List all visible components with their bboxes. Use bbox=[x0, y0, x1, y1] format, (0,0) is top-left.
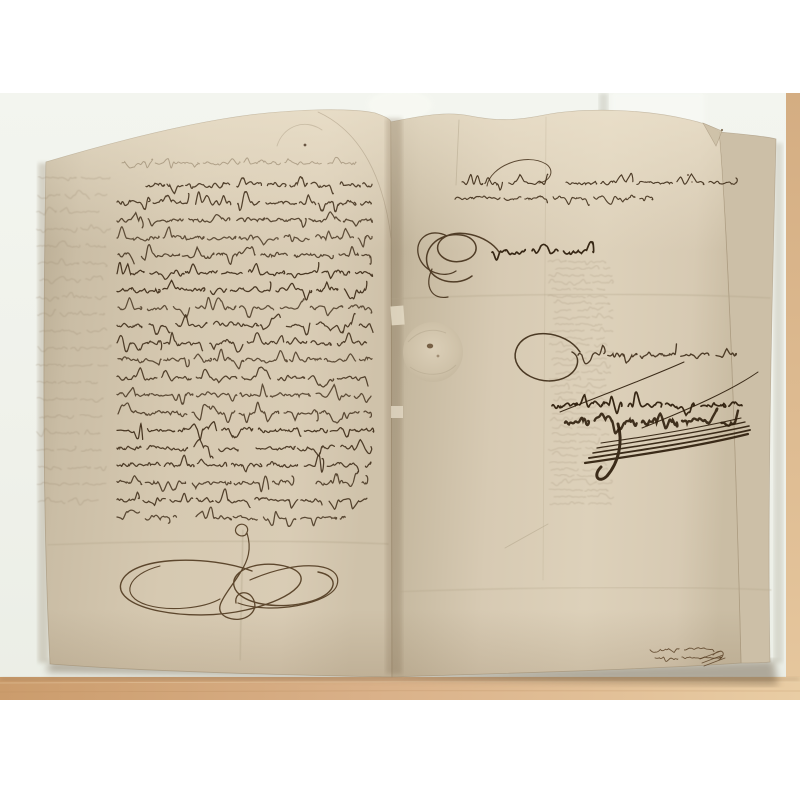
right-page: Right page: dated closing lines, calligr… bbox=[386, 110, 776, 677]
ink-speck bbox=[721, 129, 723, 131]
ink-speck bbox=[687, 174, 689, 176]
seal-dark-spot bbox=[427, 344, 433, 349]
left-page: Left page: dense handwritten letter text… bbox=[36, 110, 392, 677]
ink-speck bbox=[691, 181, 693, 183]
fold-shadow bbox=[386, 118, 402, 674]
manuscript-photo: Photograph of an opened 17th-century man… bbox=[0, 93, 800, 700]
right-page-shading bbox=[391, 110, 741, 677]
manuscript-document: Left page: dense handwritten letter text… bbox=[36, 110, 776, 677]
seal-emboss-circle bbox=[403, 322, 463, 382]
seal-dark-spot bbox=[437, 355, 440, 358]
photo-scene: Photograph of an opened 17th-century man… bbox=[0, 93, 800, 700]
document-right-shadow bbox=[774, 143, 783, 663]
ink-speck bbox=[304, 144, 307, 147]
paper-repair-patch bbox=[391, 406, 403, 418]
seal-impression bbox=[403, 322, 463, 382]
table-right-strip bbox=[786, 93, 800, 700]
product-photo-frame: Photograph of an opened 17th-century man… bbox=[0, 0, 800, 800]
paper-repair-patch bbox=[390, 306, 404, 326]
